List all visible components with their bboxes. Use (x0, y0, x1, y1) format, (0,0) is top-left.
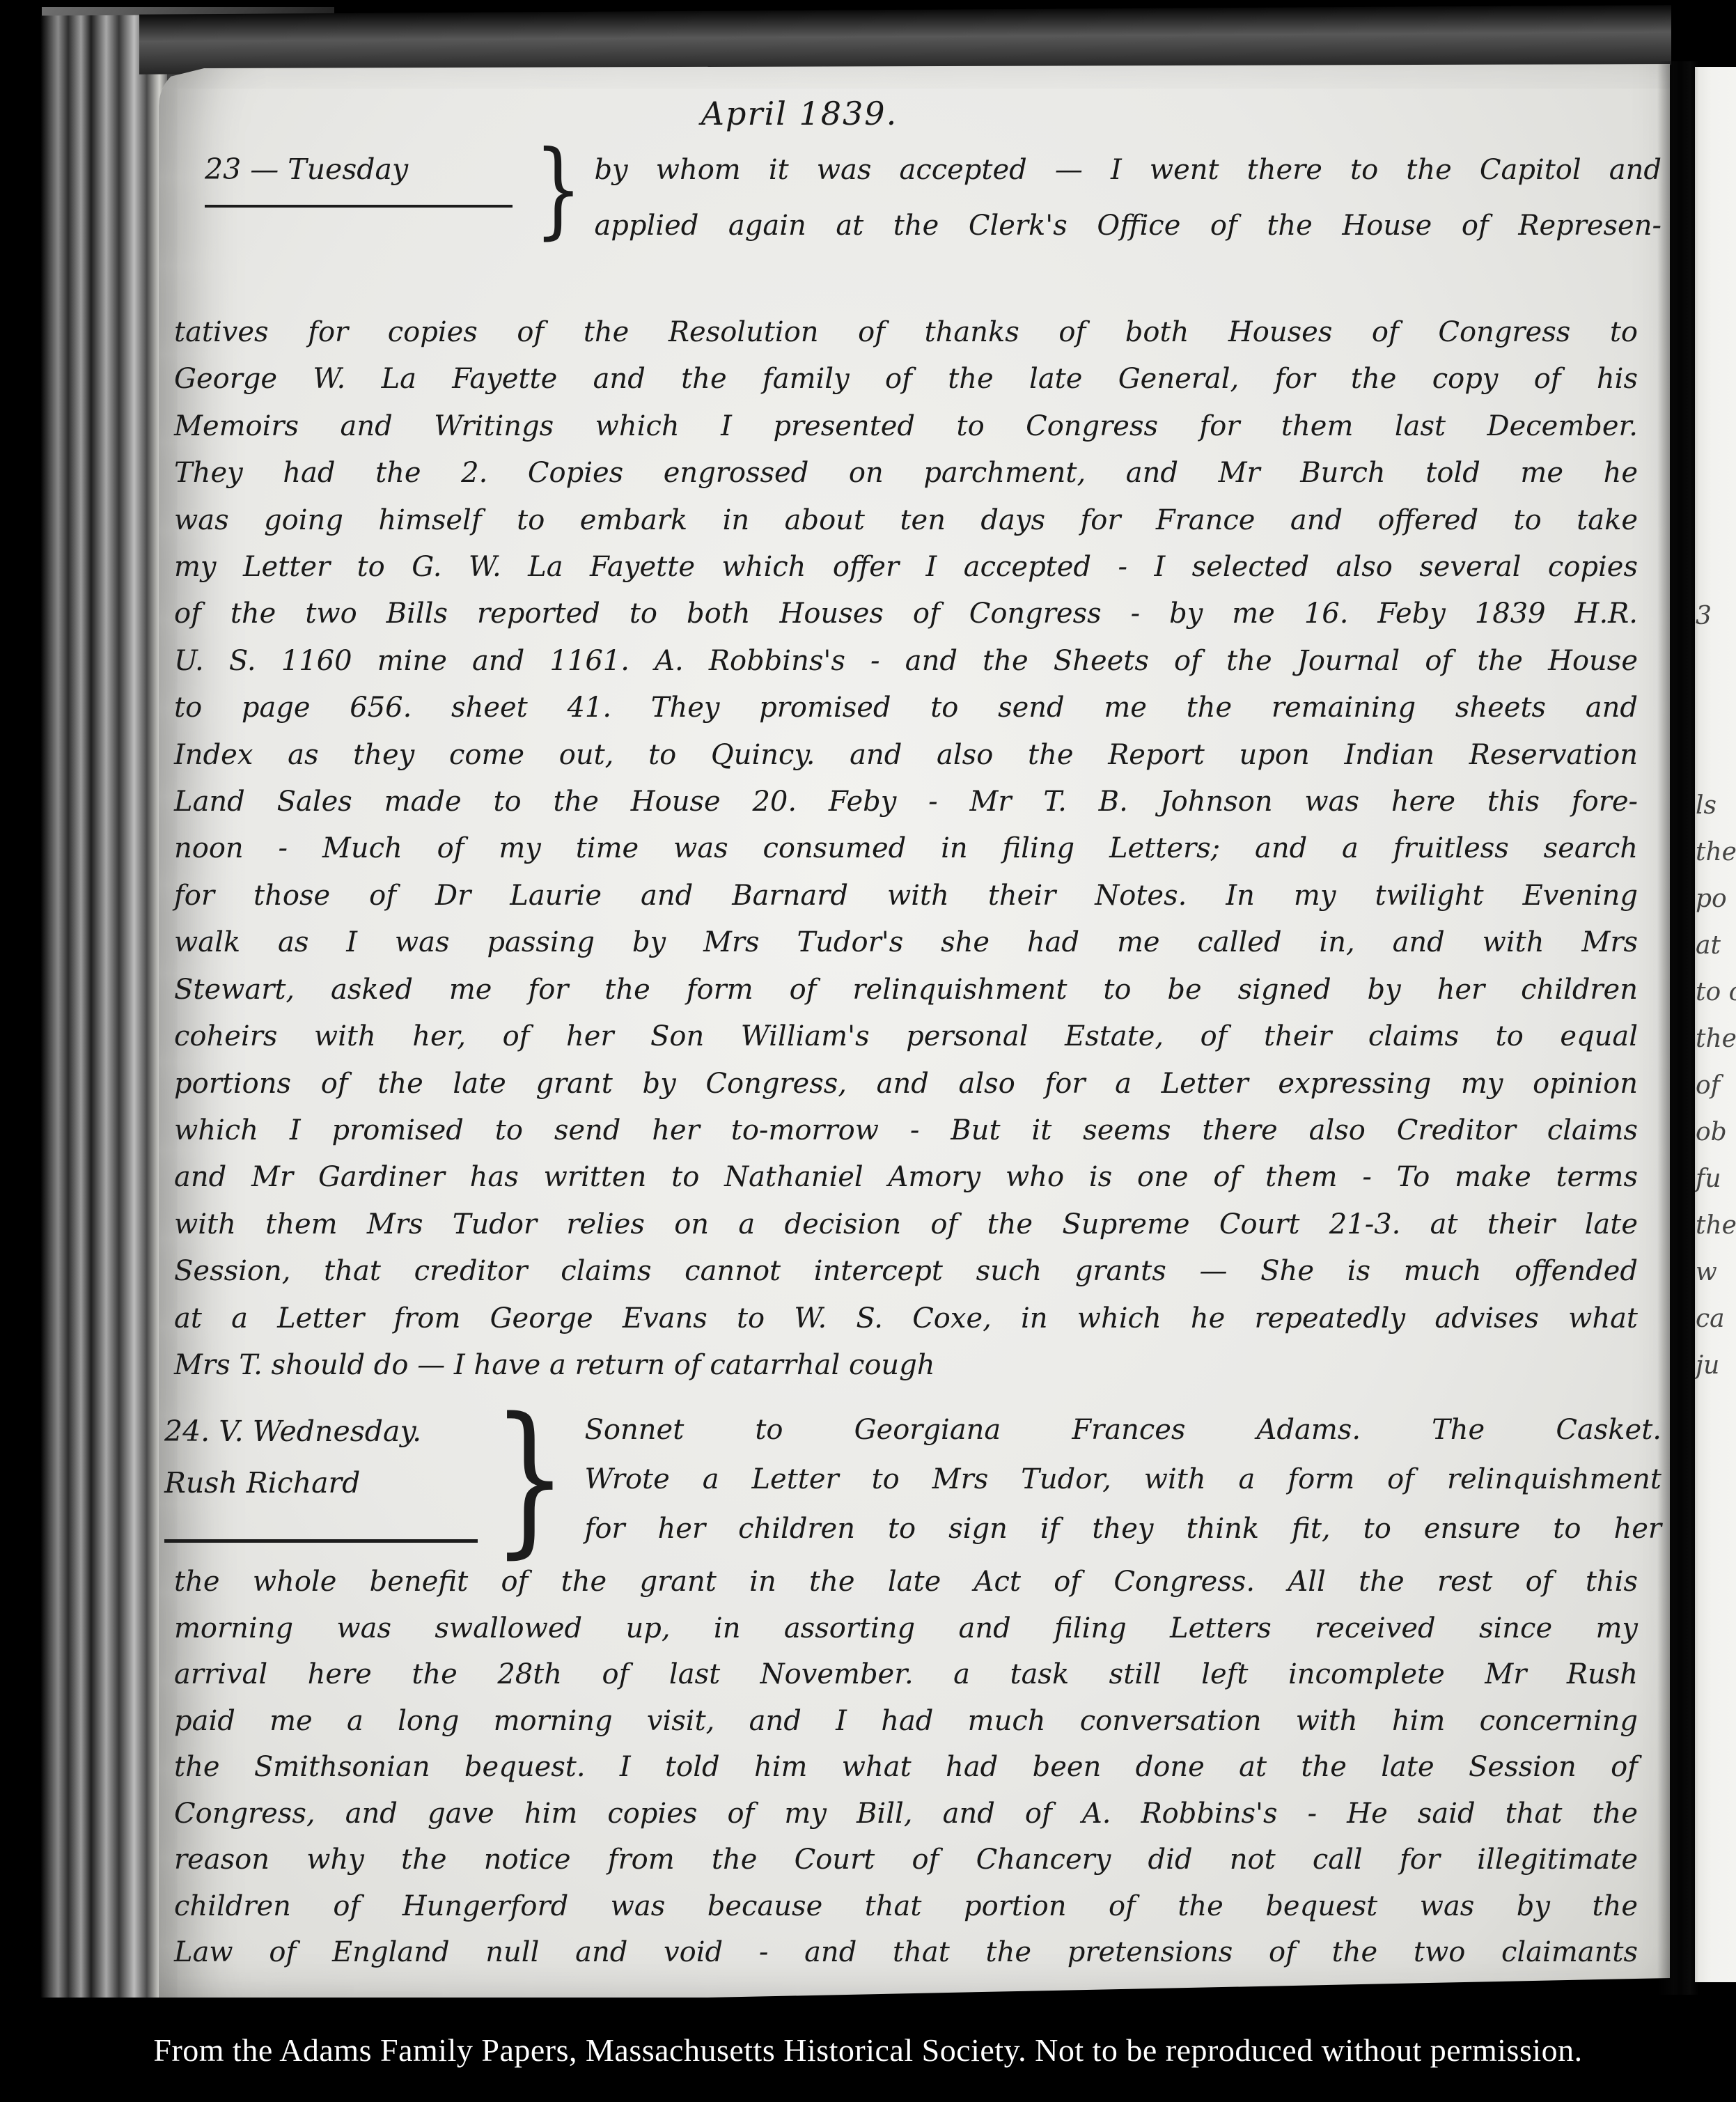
entry-23-opening-lines: by whom it was accepted — I went there t… (594, 139, 1661, 254)
manuscript-line: to page 656. sheet 41. They promised to … (174, 685, 1638, 731)
manuscript-line: noon - Much of my time was consumed in f… (174, 825, 1638, 872)
manuscript-line: Wrote a Letter to Mrs Tudor, with a form… (585, 1455, 1661, 1504)
facing-page-sliver: 3lsthepoatto ctheofobfuthewcaju (1695, 67, 1736, 1982)
footer-credit-band: From the Adams Family Papers, Massachuse… (0, 1998, 1736, 2102)
entry-24-head: 24. V. Wednesday.Rush Richard } Sonnet t… (164, 1403, 1661, 1564)
text-fragment: the (1696, 1211, 1736, 1258)
date-label-underline (205, 205, 513, 208)
text-fragment: po (1696, 885, 1736, 931)
manuscript-page: April 1839. 23 — Tuesday } by whom it wa… (159, 64, 1670, 2009)
page-header-date: April 1839. (486, 95, 1113, 132)
book-page-edges (40, 15, 167, 2030)
text-fragment: ls (1696, 791, 1736, 838)
manuscript-line: the whole benefit of the grant in the la… (174, 1559, 1638, 1605)
entry-24-opening-lines: Sonnet to Georgiana Frances Adams. The C… (585, 1403, 1661, 1554)
text-fragment: the (1696, 838, 1736, 885)
manuscript-line: George W. La Fayette and the family of t… (174, 356, 1638, 403)
manuscript-line: Memoirs and Writings which I presented t… (174, 403, 1638, 450)
manuscript-line: was going himself to embark in about ten… (174, 497, 1638, 544)
text-fragment: w (1696, 1258, 1736, 1305)
manuscript-line: my Letter to G. W. La Fayette which offe… (174, 544, 1638, 591)
date-label-line: Rush Richard (164, 1457, 478, 1509)
date-label-line: 23 — Tuesday (205, 143, 525, 195)
manuscript-line: Land Sales made to the House 20. Feby - … (174, 779, 1638, 825)
manuscript-line: walk as I was passing by Mrs Tudor's she… (174, 919, 1638, 966)
manuscript-line: tatives for copies of the Resolution of … (174, 309, 1638, 356)
manuscript-line: coheirs with her, of her Son William's p… (174, 1013, 1638, 1060)
manuscript-line: portions of the late grant by Congress, … (174, 1061, 1638, 1107)
text-fragment: ob (1696, 1118, 1736, 1165)
manuscript-line: reason why the notice from the Court of … (174, 1837, 1638, 1883)
manuscript-line: They had the 2. Copies engrossed on parc… (174, 450, 1638, 497)
manuscript-line: paid me a long morning visit, and I had … (174, 1698, 1638, 1745)
book-gutter-crease (1657, 61, 1699, 1995)
text-fragment: ju (1696, 1351, 1736, 1398)
manuscript-line: for those of Dr Laurie and Barnard with … (174, 873, 1638, 919)
manuscript-line: Session, that creditor claims cannot int… (174, 1248, 1638, 1295)
scanned-diary-photograph: April 1839. 23 — Tuesday } by whom it wa… (0, 0, 1736, 2102)
manuscript-line: of the two Bills reported to both Houses… (174, 591, 1638, 637)
manuscript-line: which I promised to send her to-morrow -… (174, 1107, 1638, 1154)
manuscript-line: Mrs T. should do — I have a return of ca… (174, 1342, 1638, 1389)
manuscript-line: by whom it was accepted — I went there t… (594, 142, 1661, 198)
footer-credit-text: From the Adams Family Papers, Massachuse… (153, 2032, 1582, 2069)
manuscript-line: children of Hungerford was because that … (174, 1883, 1638, 1930)
text-fragment: fu (1696, 1165, 1736, 1211)
manuscript-line: applied again at the Clerk's Office of t… (594, 198, 1661, 254)
manuscript-line: U. S. 1160 mine and 1161. A. Robbins's -… (174, 638, 1638, 685)
facing-page-text-fragments: 3lsthepoatto ctheofobfuthewcaju (1696, 602, 1736, 1398)
manuscript-line: Stewart, asked me for the form of relinq… (174, 967, 1638, 1013)
manuscript-line: the Smithsonian bequest. I told him what… (174, 1744, 1638, 1791)
text-fragment: of (1696, 1071, 1736, 1118)
text-fragment: 3 (1696, 602, 1736, 648)
text-fragment: the (1696, 1025, 1736, 1071)
manuscript-line: with them Mrs Tudor relies on a decision… (174, 1201, 1638, 1248)
manuscript-line: Index as they come out, to Quincy. and a… (174, 732, 1638, 779)
manuscript-line: morning was swallowed up, in assorting a… (174, 1605, 1638, 1652)
manuscript-line: Congress, and gave him copies of my Bill… (174, 1791, 1638, 1837)
page-block-top-edge (139, 5, 1671, 74)
manuscript-line: Sonnet to Georgiana Frances Adams. The C… (585, 1406, 1661, 1455)
manuscript-line: and Mr Gardiner has written to Nathaniel… (174, 1154, 1638, 1201)
brace-mark: } (492, 1393, 568, 1564)
manuscript-line: Law of England null and void - and that … (174, 1929, 1638, 1976)
entry-23-date-label: 23 — Tuesday (205, 139, 525, 208)
entry-24-body: the whole benefit of the grant in the la… (174, 1559, 1638, 1976)
text-fragment: to c (1696, 978, 1736, 1025)
date-label-line: 24. V. Wednesday. (164, 1406, 478, 1457)
text-fragment: at (1696, 931, 1736, 978)
manuscript-line: arrival here the 28th of last November. … (174, 1651, 1638, 1698)
manuscript-line: at a Letter from George Evans to W. S. C… (174, 1295, 1638, 1342)
manuscript-line: for her children to sign if they think f… (585, 1504, 1661, 1554)
text-fragment: ca (1696, 1305, 1736, 1351)
entry-23-body: tatives for copies of the Resolution of … (174, 309, 1638, 1389)
entry-24-date-label: 24. V. Wednesday.Rush Richard (164, 1403, 478, 1543)
entry-23-head: 23 — Tuesday } by whom it was accepted —… (205, 139, 1661, 254)
brace-mark: } (534, 134, 582, 245)
